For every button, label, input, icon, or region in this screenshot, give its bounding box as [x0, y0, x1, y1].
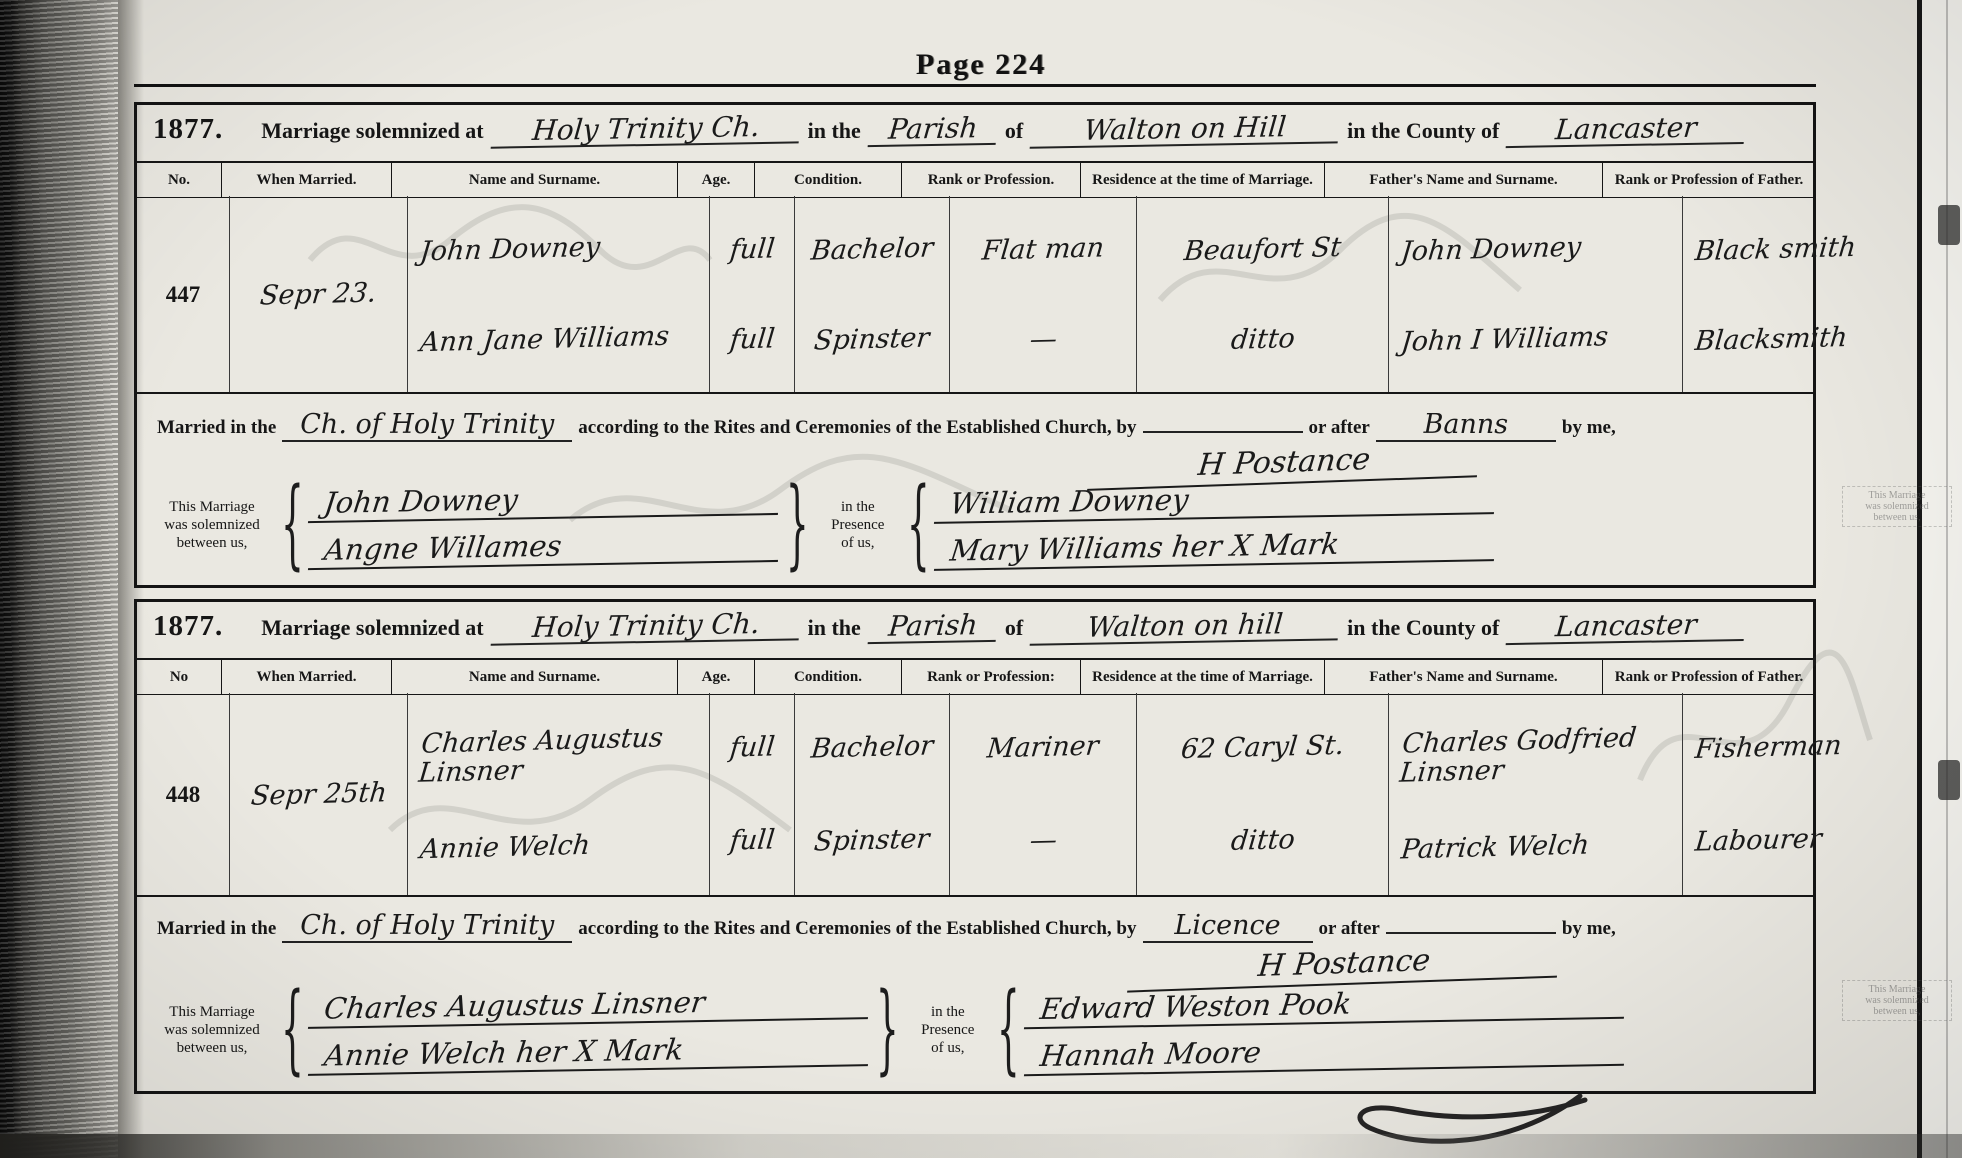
- groom-age: full: [728, 234, 775, 264]
- facing-page-ghost-label: This Marriage was solemnized between us,: [1842, 980, 1952, 1021]
- col-no: No: [137, 660, 222, 694]
- married-in-line: Married in the Ch. of Holy Trinity accor…: [137, 902, 1813, 943]
- when-married: Sepr 25th: [249, 778, 388, 811]
- after-value: Banns: [1376, 410, 1556, 442]
- col-age: Age.: [678, 163, 755, 197]
- form-text: by me,: [1562, 918, 1616, 940]
- groom-profession: Flat man: [981, 233, 1106, 265]
- bride-name: Ann Jane Williams: [419, 321, 671, 357]
- bride-residence: ditto: [1229, 324, 1296, 355]
- col-residence: Residence at the time of Marriage.: [1081, 163, 1325, 197]
- bride-condition: Spinster: [813, 824, 931, 856]
- church-name: Holy Trinity Ch.: [490, 608, 801, 645]
- bride-signature: Angne Willames: [308, 527, 782, 570]
- signatures-section: This Marriage was solemnized between us,…: [137, 471, 1813, 579]
- col-name-surname: Name and Surname.: [392, 163, 678, 197]
- parish-name: Walton on Hill: [1030, 111, 1341, 148]
- col-name-surname: Name and Surname.: [392, 660, 678, 694]
- entry-row: 448 Sepr 25th Charles Augustus Linsner A…: [137, 693, 1813, 897]
- register-page-scan: Page 224 1877. Marriage solemnized at Ho…: [0, 0, 1962, 1158]
- form-text: Married in the: [157, 417, 276, 439]
- col-residence: Residence at the time of Marriage.: [1081, 660, 1325, 694]
- col-condition: Condition.: [755, 163, 902, 197]
- close-brace: }: [786, 470, 809, 581]
- entry-row: 447 Sepr 23. John Downey Ann Jane Willia…: [137, 196, 1813, 394]
- witness-1-signature: William Downey: [934, 479, 1498, 524]
- bride-father-profession: Labourer: [1694, 824, 1824, 856]
- groom-signature: John Downey: [308, 480, 782, 523]
- col-father: Father's Name and Surname.: [1325, 163, 1603, 197]
- open-brace: {: [281, 470, 304, 581]
- when-married: Sepr 23.: [259, 278, 378, 310]
- page-bottom-shadow: [0, 1134, 1962, 1158]
- open-brace: {: [997, 975, 1020, 1086]
- married-in-church: Ch. of Holy Trinity: [282, 911, 572, 943]
- form-text: according to the Rites and Ceremonies of…: [578, 918, 1136, 940]
- bride-name: Annie Welch: [419, 831, 592, 865]
- facing-page-smudge: [1938, 760, 1960, 800]
- married-in-church: Ch. of Holy Trinity: [282, 410, 572, 442]
- witness-1-signature: Edward Weston Pook: [1024, 984, 1628, 1030]
- solemnized-label: This Marriage was solemnized between us,: [149, 1003, 275, 1057]
- groom-residence: 62 Caryl St.: [1180, 731, 1346, 764]
- bride-profession: —: [1028, 826, 1058, 856]
- solemnized-label: This Marriage was solemnized between us,: [149, 498, 275, 552]
- column-headers: No When Married. Name and Surname. Age. …: [137, 658, 1813, 695]
- page-number: Page 224: [0, 48, 1962, 82]
- record-header: 1877. Marriage solemnized at Holy Trinit…: [137, 107, 1813, 165]
- groom-name: John Downey: [419, 232, 602, 266]
- form-text: in the County of: [1347, 615, 1499, 641]
- col-when-married: When Married.: [222, 660, 392, 694]
- presence-label: in the Presence of us,: [905, 1003, 991, 1057]
- record-number: 447: [166, 280, 201, 309]
- form-text: of: [1005, 615, 1023, 641]
- county-name: Lancaster: [1506, 112, 1747, 148]
- col-profession: Rank or Profession.: [902, 163, 1081, 197]
- bride-father: Patrick Welch: [1400, 831, 1591, 865]
- form-text: according to the Rites and Ceremonies of…: [578, 417, 1136, 439]
- col-age: Age.: [678, 660, 755, 694]
- open-brace: {: [907, 470, 930, 581]
- bride-signature: Annie Welch her X Mark: [308, 1031, 872, 1076]
- col-father: Father's Name and Surname.: [1325, 660, 1603, 694]
- col-father-profession: Rank or Profession of Father.: [1603, 163, 1815, 197]
- church-name: Holy Trinity Ch.: [490, 111, 801, 148]
- groom-condition: Bachelor: [809, 233, 934, 265]
- groom-signature: Charles Augustus Linsner: [308, 984, 872, 1029]
- groom-profession: Mariner: [986, 731, 1100, 763]
- groom-residence: Beaufort St: [1183, 232, 1343, 265]
- facing-page-ghost-label: This Marriage was solemnized between us,: [1842, 486, 1952, 527]
- by-value: Licence: [1143, 911, 1313, 943]
- party-signatures: Charles Augustus Linsner Annie Welch her…: [310, 989, 870, 1071]
- groom-name: Charles Augustus Linsner: [417, 722, 708, 788]
- groom-father: John Downey: [1400, 232, 1583, 266]
- form-text: of: [1005, 118, 1023, 144]
- form-text: or after: [1319, 918, 1380, 940]
- bride-father-profession: Blacksmith: [1694, 322, 1849, 355]
- form-text: by me,: [1562, 417, 1616, 439]
- col-no: No.: [137, 163, 222, 197]
- witness-signatures: William Downey Mary Williams her X Mark: [936, 484, 1496, 566]
- groom-father-profession: Fisherman: [1694, 731, 1843, 764]
- col-father-profession: Rank or Profession of Father.: [1603, 660, 1815, 694]
- witness-2-signature: Mary Williams her X Mark: [934, 526, 1498, 571]
- county-name: Lancaster: [1506, 609, 1747, 645]
- form-text: Married in the: [157, 918, 276, 940]
- record-number: 448: [166, 780, 201, 809]
- form-text: Marriage solemnized at: [261, 118, 483, 144]
- witness-2-signature: Hannah Moore: [1024, 1031, 1628, 1077]
- column-headers: No. When Married. Name and Surname. Age.…: [137, 161, 1813, 198]
- col-when-married: When Married.: [222, 163, 392, 197]
- presence-label: in the Presence of us,: [815, 498, 901, 552]
- form-text: in the County of: [1347, 118, 1499, 144]
- bride-age: full: [728, 324, 775, 354]
- party-signatures: John Downey Angne Willames: [310, 484, 780, 566]
- open-brace: {: [281, 975, 304, 1086]
- bride-residence: ditto: [1229, 825, 1296, 856]
- col-condition: Condition.: [755, 660, 902, 694]
- bride-father: John I Williams: [1400, 322, 1610, 357]
- top-rule: [134, 84, 1816, 87]
- close-brace: }: [876, 975, 899, 1086]
- form-text: in the: [808, 615, 861, 641]
- parish-word: Parish: [867, 113, 998, 147]
- bride-age: full: [728, 825, 775, 855]
- year: 1877.: [153, 610, 223, 643]
- facing-page-smudge: [1938, 205, 1960, 245]
- witness-signatures: Edward Weston Pook Hannah Moore: [1026, 989, 1626, 1071]
- bride-profession: —: [1028, 324, 1058, 354]
- form-text: Marriage solemnized at: [261, 615, 483, 641]
- married-in-line: Married in the Ch. of Holy Trinity accor…: [137, 401, 1813, 442]
- by-value: [1143, 401, 1303, 433]
- parish-word: Parish: [867, 610, 998, 644]
- marriage-record-448: 1877. Marriage solemnized at Holy Trinit…: [134, 599, 1816, 1094]
- groom-father: Charles Godfried Linsner: [1398, 722, 1681, 787]
- marriage-record-447: 1877. Marriage solemnized at Holy Trinit…: [134, 102, 1816, 588]
- groom-condition: Bachelor: [809, 731, 934, 763]
- col-profession: Rank or Profession:: [902, 660, 1081, 694]
- parish-name: Walton on hill: [1030, 608, 1341, 645]
- bride-condition: Spinster: [813, 323, 931, 355]
- record-header: 1877. Marriage solemnized at Holy Trinit…: [137, 604, 1813, 662]
- signatures-section: This Marriage was solemnized between us,…: [137, 975, 1813, 1085]
- book-binding-edge: [0, 0, 118, 1158]
- form-text: in the: [808, 118, 861, 144]
- year: 1877.: [153, 113, 223, 146]
- groom-father-profession: Black smith: [1694, 232, 1858, 265]
- form-text: or after: [1309, 417, 1370, 439]
- groom-age: full: [728, 732, 775, 762]
- after-value: [1386, 902, 1556, 934]
